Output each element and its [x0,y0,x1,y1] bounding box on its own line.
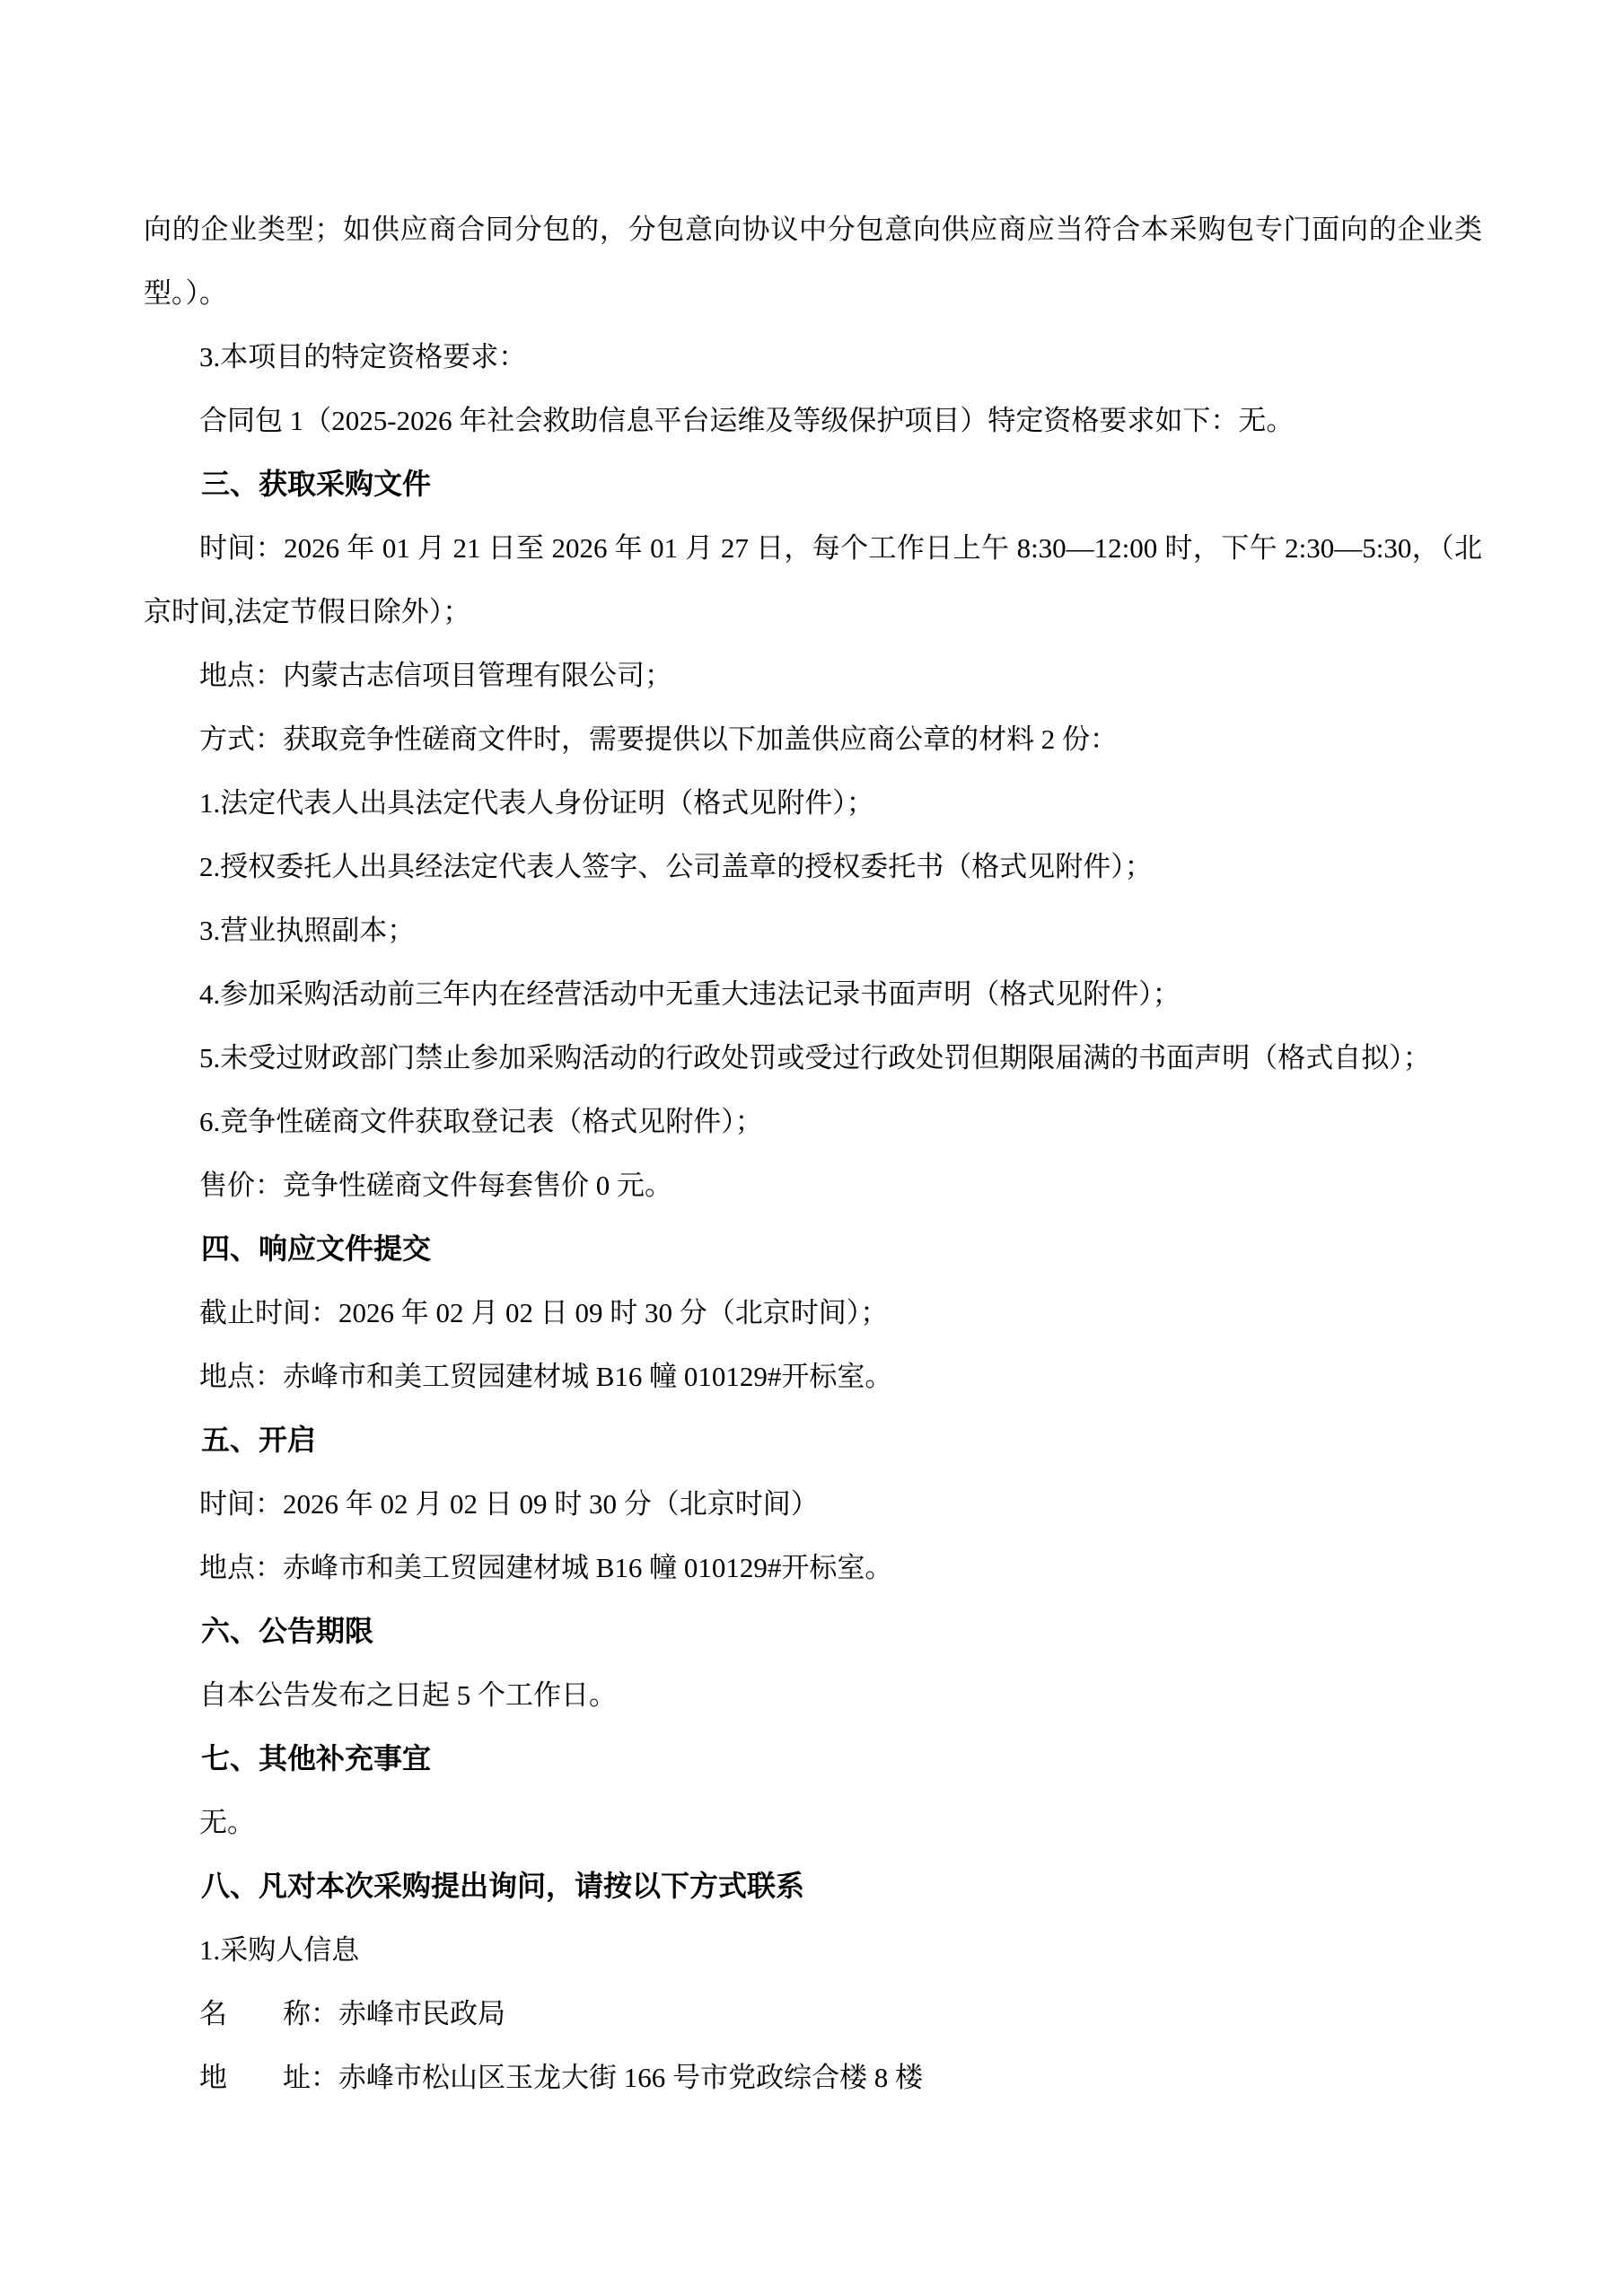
paragraph: 售价：竞争性磋商文件每套售价 0 元。 [144,1153,1482,1217]
paragraph: 2.授权委托人出具经法定代表人签字、公司盖章的授权委托书（格式见附件）； [144,835,1482,898]
section-heading: 八、凡对本次采购提出询问，请按以下方式联系 [144,1854,1482,1918]
paragraph: 自本公告发布之日起 5 个工作日。 [144,1663,1482,1727]
paragraph: 地点：内蒙古志信项目管理有限公司； [144,644,1482,707]
section-heading: 五、开启 [144,1408,1482,1472]
paragraph: 向的企业类型；如供应商合同分包的，分包意向协议中分包意向供应商应当符合本采购包专… [144,197,1482,325]
paragraph: 1.法定代表人出具法定代表人身份证明（格式见附件）； [144,771,1482,835]
paragraph: 5.未受过财政部门禁止参加采购活动的行政处罚或受过行政处罚但期限届满的书面声明（… [144,1026,1482,1090]
paragraph: 无。 [144,1791,1482,1854]
paragraph: 截止时间：2026 年 02 月 02 日 09 时 30 分（北京时间）； [144,1281,1482,1345]
document-page: 向的企业类型；如供应商合同分包的，分包意向协议中分包意向供应商应当符合本采购包专… [0,0,1624,2296]
paragraph: 地 址：赤峰市松山区玉龙大街 166 号市党政综合楼 8 楼 [144,2046,1482,2109]
section-heading: 六、公告期限 [144,1599,1482,1663]
paragraph: 1.采购人信息 [144,1918,1482,1982]
paragraph: 名 称：赤峰市民政局 [144,1982,1482,2046]
paragraph: 合同包 1（2025-2026 年社会救助信息平台运维及等级保护项目）特定资格要… [144,389,1482,452]
paragraph: 时间：2026 年 02 月 02 日 09 时 30 分（北京时间） [144,1472,1482,1536]
section-heading: 四、响应文件提交 [144,1217,1482,1281]
paragraph: 4.参加采购活动前三年内在经营活动中无重大违法记录书面声明（格式见附件）； [144,962,1482,1026]
section-heading: 七、其他补充事宜 [144,1727,1482,1791]
paragraph: 3.本项目的特定资格要求： [144,325,1482,389]
paragraph: 时间：2026 年 01 月 21 日至 2026 年 01 月 27 日，每个… [144,516,1482,644]
paragraph: 地点：赤峰市和美工贸园建材城 B16 幢 010129#开标室。 [144,1536,1482,1599]
section-heading: 三、获取采购文件 [144,452,1482,516]
paragraph: 6.竞争性磋商文件获取登记表（格式见附件）； [144,1090,1482,1153]
paragraph: 地点：赤峰市和美工贸园建材城 B16 幢 010129#开标室。 [144,1345,1482,1408]
paragraph: 方式：获取竞争性磋商文件时，需要提供以下加盖供应商公章的材料 2 份： [144,707,1482,771]
paragraph: 3.营业执照副本； [144,898,1482,962]
